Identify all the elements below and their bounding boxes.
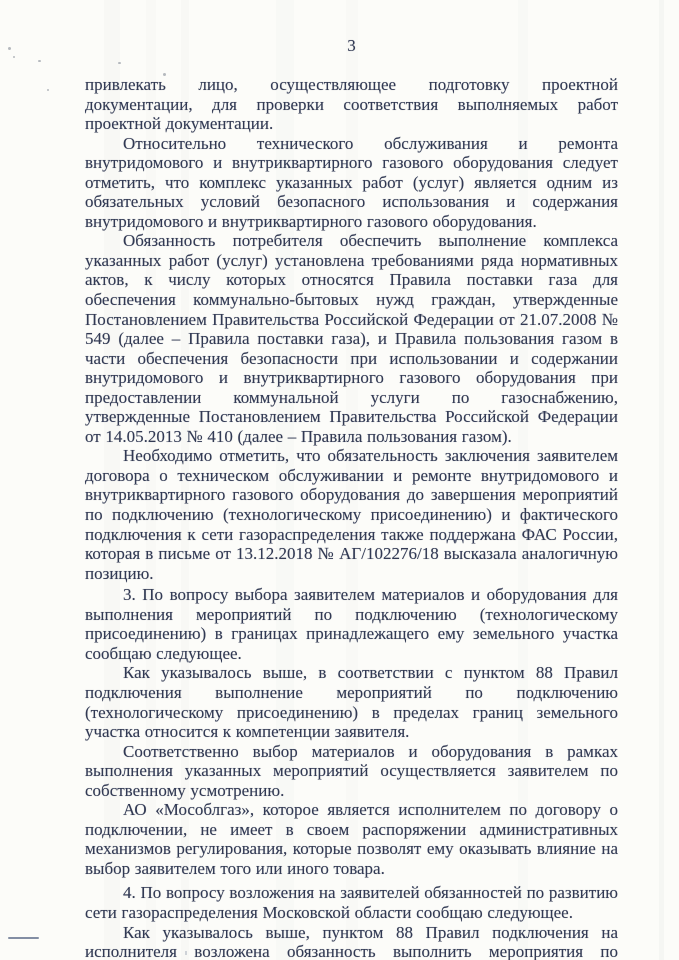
paragraph: Необходимо отметить, что обязательность … xyxy=(85,446,618,583)
scan-streak xyxy=(659,0,664,960)
scan-speckle xyxy=(185,951,187,955)
scanned-document-page: 3 привлекать лицо, осуществляющее подгот… xyxy=(0,0,679,960)
scan-speckle xyxy=(13,56,15,58)
document-body: привлекать лицо, осуществляющее подготов… xyxy=(85,75,618,960)
scan-speckle xyxy=(118,62,121,64)
scan-speckle xyxy=(47,89,49,91)
paragraph-section-4: 4. По вопросу возложения на заявителей о… xyxy=(85,883,618,922)
scan-speckle xyxy=(38,60,41,62)
paragraph: Как указывалось выше, в соответствии с п… xyxy=(85,663,618,741)
paragraph-continuation: привлекать лицо, осуществляющее подготов… xyxy=(85,75,618,134)
paragraph: Обязанность потребителя обеспечить выпол… xyxy=(85,231,618,446)
paragraph-pagebreak: Как указывалось выше, пунктом 88 Правил … xyxy=(85,923,618,960)
paragraph: Относительно технического обслуживания и… xyxy=(85,134,618,232)
page-number: 3 xyxy=(85,36,618,55)
paragraph-section-3: 3. По вопросу выбора заявителем материал… xyxy=(85,585,618,663)
pen-dash-mark xyxy=(8,937,39,939)
paragraph: Соответственно выбор материалов и оборуд… xyxy=(85,742,618,801)
scan-speckle xyxy=(8,47,11,50)
paragraph: АО «Мособлгаз», которое является исполни… xyxy=(85,800,618,878)
